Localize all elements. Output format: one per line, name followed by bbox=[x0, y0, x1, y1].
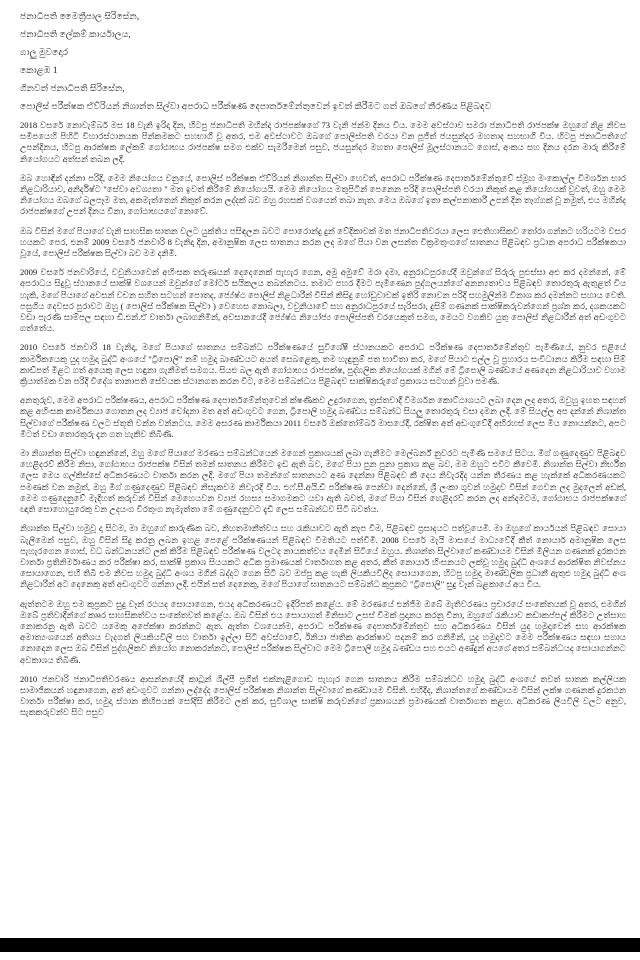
letter-header: ජනාධිපති මෛත්‍රීපාල සිරිසේන, ජනාධිපති ලේ… bbox=[20, 10, 626, 94]
letter-body: 2018 වසරේ නොවැම්බර් මස 18 වැනි ඉරිදා දින… bbox=[20, 120, 626, 719]
body-paragraph: මා නිශාන්ත සිල්වා හඳුනන්නේ, ඔහු මගේ පියා… bbox=[20, 448, 626, 515]
letter-page: ජනාධිපති මෛත්‍රීපාල සිරිසේන, ජනාධිපති ලේ… bbox=[20, 10, 626, 727]
letter-subject: පොලිස් පරීක්ෂක ඒව්රියන් නිශාන්ත සිල්වා අ… bbox=[20, 100, 626, 112]
body-paragraph: 2010 වසරේ ජනවාරි 18 වැනිදා, මගේ පියාගේ ඝ… bbox=[20, 342, 626, 387]
body-paragraph: 2009 වසරේ ජනවාරියේ, වවුනියාවෙන් අහිංසක ත… bbox=[20, 267, 626, 334]
body-paragraph: නිශාන්ත සිල්වා හමුවූ දා සිටම, මා ඔහුගේ ක… bbox=[20, 523, 626, 590]
addressee-street: ගාලු මුවදොර bbox=[20, 46, 626, 58]
addressee-city: කොළඹ 1 bbox=[20, 64, 626, 76]
addressee-name: ජනාධිපති මෛත්‍රීපාල සිරිසේන, bbox=[20, 10, 626, 22]
bottom-black-bar bbox=[0, 938, 640, 952]
addressee-office: ජනාධිපති ලේකම් කාර්යාලය, bbox=[20, 28, 626, 40]
body-paragraph: අනතුරුව, මෙම අපරාධ පරීක්ෂණය, අපරාධ පරීක්… bbox=[20, 395, 626, 440]
body-paragraph: ඔබ විසින් මගේ පියාගේ වැනි සාහසික ඝාතන වල… bbox=[20, 226, 626, 260]
body-paragraph: ඔබ හොඳින් දන්නා පරිදි, මෙම නියෝගය වනුයේ,… bbox=[20, 173, 626, 218]
body-paragraph: 2018 වසරේ නොවැම්බර් මස 18 වැනි ඉරිදා දින… bbox=[20, 120, 626, 165]
salutation: ගිනවත් ජනාධිපති සිරිසේන, bbox=[20, 82, 626, 94]
body-paragraph: ඇත්තටම ඔහු එම කුප්‍රකට සුදු වෑන් රථයද සො… bbox=[20, 599, 626, 666]
body-paragraph: 2010 ජනවාරි ජනාධිපතිවරණය ආසන්නයේදී කාටූන… bbox=[20, 674, 626, 719]
